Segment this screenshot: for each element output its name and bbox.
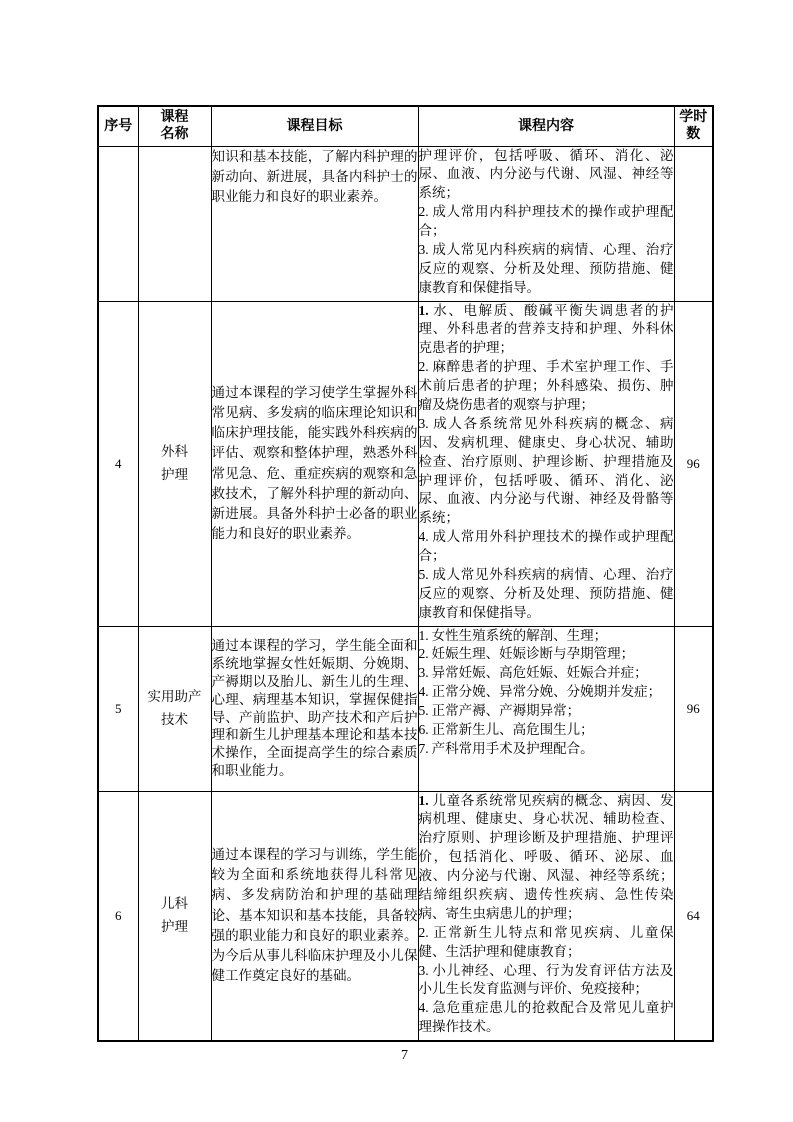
course-objectives: 通过本课程的学习与训练，学生能较为全面和系统地获得儿科常见病、多发病防治和护理的… [211, 791, 418, 1041]
course-name: 外科 护理 [138, 301, 211, 626]
course-no: 5 [98, 626, 138, 791]
course-content: 护理评价，包括呼吸、循环、消化、泌尿、血液、内分泌与代谢、风湿、神经等系统； 2… [418, 146, 674, 301]
item-number: 4. [419, 529, 432, 544]
table-row-continuation: 知识和基本技能，了解内科护理的新动向、新进展，具备内科护士的职业能力和良好的职业… [98, 146, 713, 301]
item-text: 麻醉患者的护理、手术室护理工作、手术前后患者的护理；外科感染、损伤、肿瘤及烧伤患… [419, 359, 674, 412]
item-number: 3. [419, 242, 432, 257]
item-number: 6. [419, 722, 432, 737]
course-content: 1.儿童各系统常见疾病的概念、病因、发病机理、健康史、身心状况、辅助检查、治疗原… [418, 791, 674, 1041]
table-row-6: 6 儿科 护理 通过本课程的学习与训练，学生能较为全面和系统地获得儿科常见病、多… [98, 791, 713, 1041]
page-number: 7 [97, 1048, 712, 1064]
item-number: 2. [419, 646, 432, 661]
header-objectives: 课程目标 [211, 106, 418, 146]
item-text: 妊娠生理、妊娠诊断与孕期管理； [432, 646, 635, 661]
content-item: 4.成人常用外科护理技术的操作或护理配合； [419, 528, 674, 566]
table-header-row: 序号 课程 名称 课程目标 课程内容 学时 数 [98, 106, 713, 146]
content-item: 3.成人各系统常见外科疾病的概念、病因、发病机理、健康史、身心状况、辅助检查、治… [419, 415, 674, 528]
item-number: 1. [419, 793, 432, 808]
course-content: 1.女性生殖系统的解剖、生理； 2.妊娠生理、妊娠诊断与孕期管理； 3.异常妊娠… [418, 626, 674, 791]
table-row-4: 4 外科 护理 通过本课程的学习使学生掌握外科常见病、多发病的临床理论知识和临床… [98, 301, 713, 626]
item-text: 成人各系统常见外科疾病的概念、病因、发病机理、健康史、身心状况、辅助检查、治疗原… [419, 416, 674, 525]
content-item: 3.小儿神经、心理、行为发育评估方法及小儿生长发育监测与评价、免疫接种； [419, 962, 674, 1000]
course-name: 儿科 护理 [138, 791, 211, 1041]
course-name: 实用助产 技术 [138, 626, 211, 791]
item-number: 4. [419, 684, 432, 699]
content-item: 2.成人常用内科护理技术的操作或护理配合； [419, 203, 674, 241]
course-hours: 96 [674, 301, 713, 626]
item-text: 产科常用手术及护理配合。 [432, 741, 594, 756]
item-number: 5. [419, 567, 432, 582]
item-number: 5. [419, 703, 432, 718]
course-hours: 96 [674, 626, 713, 791]
course-name [138, 146, 211, 301]
content-item: 1.水、电解质、酸碱平衡失调患者的护理、外科患者的营养支持和护理、外科休克患者的… [419, 302, 674, 359]
content-item: 3.成人常见内科疾病的病情、心理、治疗反应的观察、分析及处理、预防措施、健康教育… [419, 241, 674, 298]
content-item: 6.正常新生儿、高危围生儿； [419, 721, 674, 740]
course-hours: 64 [674, 791, 713, 1041]
item-text: 成人常用内科护理技术的操作或护理配合； [419, 204, 674, 238]
content-item: 2.麻醉患者的护理、手术室护理工作、手术前后患者的护理；外科感染、损伤、肿瘤及烧… [419, 358, 674, 415]
item-text: 成人常见内科疾病的病情、心理、治疗反应的观察、分析及处理、预防措施、健康教育和保… [419, 242, 674, 295]
course-no: 6 [98, 791, 138, 1041]
content-item: 5.成人常见外科疾病的病情、心理、治疗反应的观察、分析及处理、预防措施、健康教育… [419, 566, 674, 623]
item-number: 2. [419, 204, 432, 219]
header-course-name: 课程 名称 [138, 106, 211, 146]
header-content: 课程内容 [418, 106, 674, 146]
course-objectives: 知识和基本技能，了解内科护理的新动向、新进展，具备内科护士的职业能力和良好的职业… [211, 146, 418, 301]
item-text: 成人常见外科疾病的病情、心理、治疗反应的观察、分析及处理、预防措施、健康教育和保… [419, 567, 674, 620]
course-no [98, 146, 138, 301]
item-text: 正常产褥、产褥期异常； [432, 703, 581, 718]
course-hours [674, 146, 713, 301]
content-item: 2.妊娠生理、妊娠诊断与孕期管理； [419, 645, 674, 664]
table-row-5: 5 实用助产 技术 通过本课程的学习，学生能全面和系统地掌握女性妊娠期、分娩期、… [98, 626, 713, 791]
item-number: 7. [419, 741, 432, 756]
content-item: 7.产科常用手术及护理配合。 [419, 740, 674, 759]
item-text: 正常新生儿特点和常见疾病、儿童保健、生活护理和健康教育； [419, 925, 674, 959]
item-text: 女性生殖系统的解剖、生理； [432, 628, 608, 643]
course-no: 4 [98, 301, 138, 626]
document-page: 序号 课程 名称 课程目标 课程内容 学时 数 知识和基本技能，了解内科护理的新… [0, 0, 793, 1122]
course-content: 1.水、电解质、酸碱平衡失调患者的护理、外科患者的营养支持和护理、外科休克患者的… [418, 301, 674, 626]
item-text: 水、电解质、酸碱平衡失调患者的护理、外科患者的营养支持和护理、外科休克患者的护理… [419, 303, 674, 356]
item-text: 儿童各系统常见疾病的概念、病因、发病机理、健康史、身心状况、辅助检查、治疗原则、… [419, 793, 674, 921]
content-item: 1.儿童各系统常见疾病的概念、病因、发病机理、健康史、身心状况、辅助检查、治疗原… [419, 792, 674, 924]
item-text: 异常妊娠、高危妊娠、妊娠合并症； [432, 665, 648, 680]
content-item: 4.急危重症患儿的抢救配合及常见儿童护理操作技术。 [419, 999, 674, 1037]
content-item: 5.正常产褥、产褥期异常； [419, 702, 674, 721]
item-number: 3. [419, 416, 432, 431]
item-text: 正常新生儿、高危围生儿； [432, 722, 594, 737]
header-no: 序号 [98, 106, 138, 146]
content-item: 3.异常妊娠、高危妊娠、妊娠合并症； [419, 664, 674, 683]
content-item: 2.正常新生儿特点和常见疾病、儿童保健、生活护理和健康教育； [419, 924, 674, 962]
item-number: 3. [419, 963, 432, 978]
item-text: 急危重症患儿的抢救配合及常见儿童护理操作技术。 [419, 1000, 674, 1034]
course-objectives: 通过本课程的学习使学生掌握外科常见病、多发病的临床理论知识和临床护理技能，能实践… [211, 301, 418, 626]
content-item: 1.女性生殖系统的解剖、生理； [419, 627, 674, 646]
item-text: 成人常用外科护理技术的操作或护理配合； [419, 529, 674, 563]
curriculum-table: 序号 课程 名称 课程目标 课程内容 学时 数 知识和基本技能，了解内科护理的新… [97, 105, 714, 1042]
item-number: 4. [419, 1000, 432, 1015]
item-number: 3. [419, 665, 432, 680]
item-number: 2. [419, 359, 432, 374]
content-item: 4.正常分娩、异常分娩、分娩期并发症； [419, 683, 674, 702]
item-number: 2. [419, 925, 432, 940]
item-text: 正常分娩、异常分娩、分娩期并发症； [432, 684, 662, 699]
item-text: 小儿神经、心理、行为发育评估方法及小儿生长发育监测与评价、免疫接种； [419, 963, 674, 997]
item-text: 护理评价，包括呼吸、循环、消化、泌尿、血液、内分泌与代谢、风湿、神经等系统； [419, 148, 674, 201]
course-objectives: 通过本课程的学习，学生能全面和系统地掌握女性妊娠期、分娩期、产褥期以及胎儿、新生… [211, 626, 418, 791]
content-item: 护理评价，包括呼吸、循环、消化、泌尿、血液、内分泌与代谢、风湿、神经等系统； [419, 147, 674, 204]
item-number: 1. [419, 303, 432, 318]
header-hours: 学时 数 [674, 106, 713, 146]
item-number: 1. [419, 628, 432, 643]
